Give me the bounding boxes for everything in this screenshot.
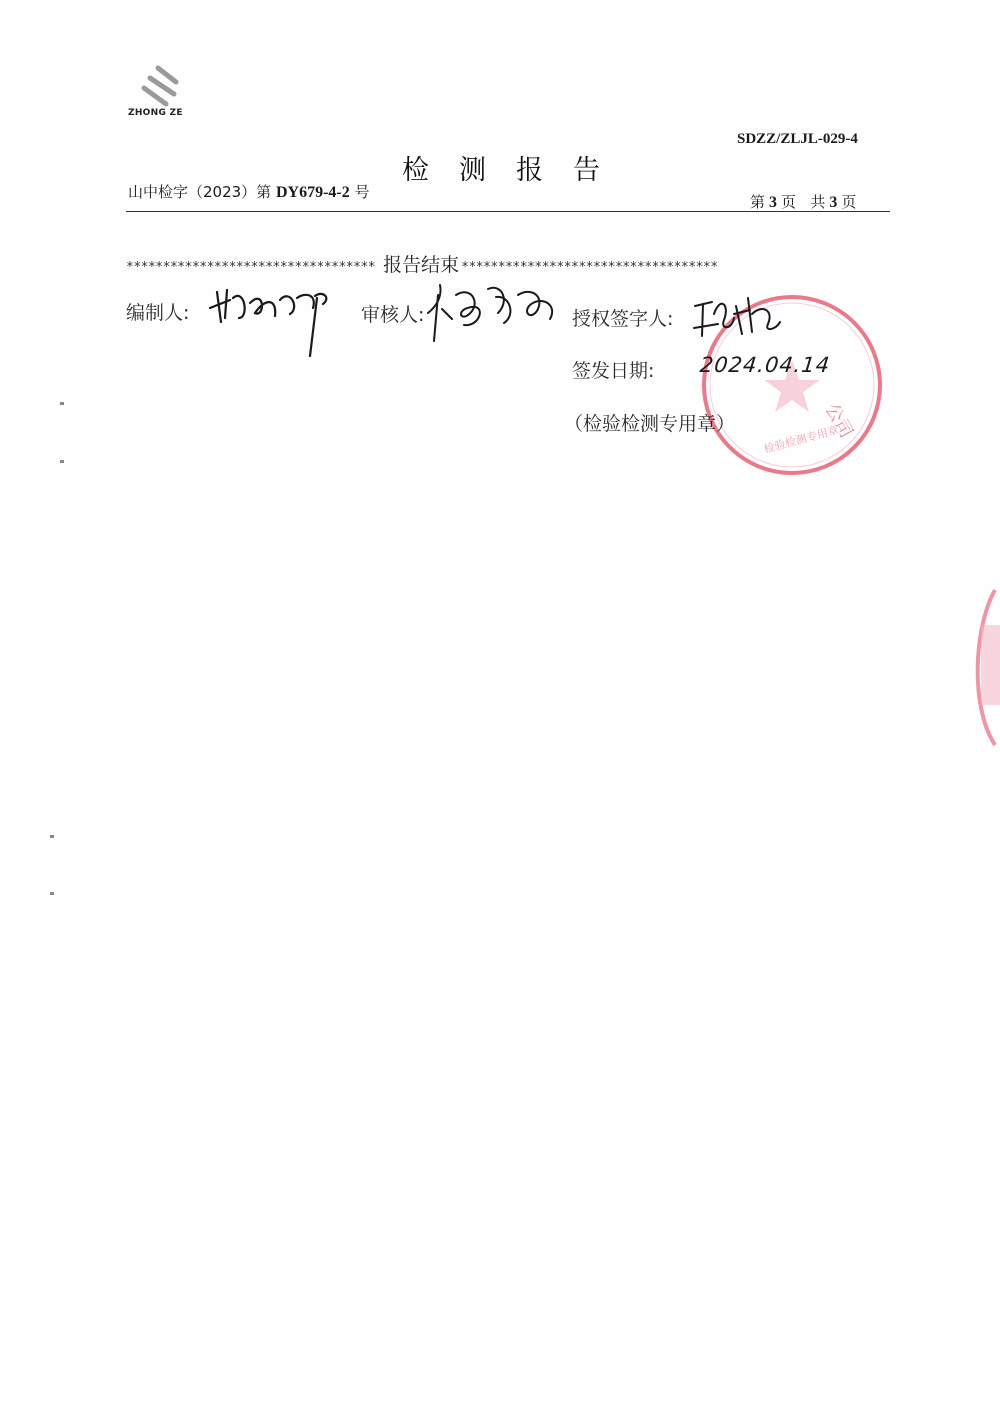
issue-date-label: 签发日期:: [572, 356, 654, 383]
total-prefix: 共: [810, 193, 825, 211]
svg-text:检验检测专用章: 检验检测专用章: [762, 422, 840, 455]
compiler-label: 编制人:: [126, 298, 189, 325]
page-title: 检测报告: [402, 148, 630, 187]
seal-note: （检验检测专用章）: [564, 409, 735, 436]
authorized-signature: [690, 284, 785, 344]
total-pages: 3: [829, 194, 837, 211]
report-number-value: DY679-4-2: [276, 184, 350, 201]
scan-speck: [60, 460, 64, 463]
page-unit: 页: [781, 193, 796, 211]
scan-speck: [50, 835, 54, 838]
report-number-prefix: 山中检字（2023）第: [128, 183, 271, 201]
page-info: 第3页 共3页: [750, 191, 856, 212]
report-number-suffix: 号: [355, 183, 370, 201]
issue-date-value: 2024.04.14: [699, 353, 832, 377]
report-number: 山中检字（2023）第 DY679-4-2 号: [128, 181, 370, 202]
logo-stripes-icon: [136, 64, 186, 108]
star-divider-left: **********************************: [126, 260, 375, 275]
page-number: 3: [769, 194, 777, 211]
scan-speck: [50, 892, 54, 895]
company-logo: ZHONG ZE: [128, 64, 198, 124]
page-prefix: 第: [750, 193, 765, 211]
report-end-marker: **********************************报告结束**…: [126, 250, 896, 277]
compiler-signature: [205, 278, 340, 360]
header-divider: [126, 211, 890, 212]
authorized-signatory-label: 授权签字人:: [572, 304, 673, 331]
seam-seal-fragment: [965, 585, 1000, 750]
scan-speck: [60, 402, 64, 405]
report-end-text: 报告结束: [383, 254, 459, 276]
reviewer-signature: [420, 275, 565, 347]
star-divider-right: ***********************************: [461, 260, 717, 275]
total-unit: 页: [841, 193, 856, 211]
document-code: SDZZ/ZLJL-029-4: [737, 131, 858, 148]
logo-text: ZHONG ZE: [128, 108, 198, 118]
reviewer-label: 审核人:: [361, 300, 424, 327]
